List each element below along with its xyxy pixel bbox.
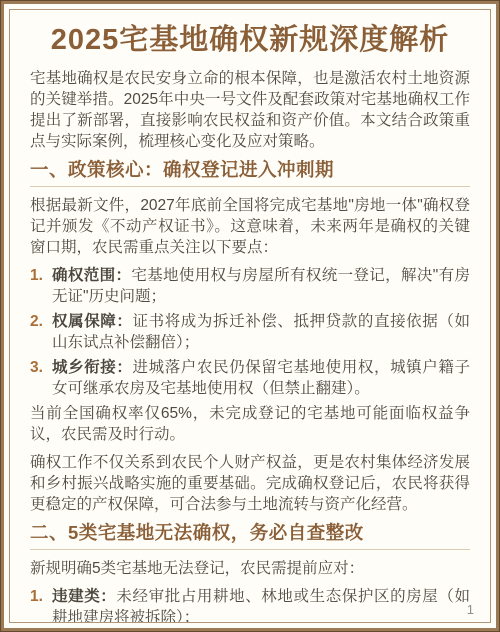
- list-item-number: 2.: [30, 311, 52, 353]
- list-item-term: 城乡衔接：: [52, 359, 133, 376]
- section-1-paragraph: 确权工作不仅关系到农民个人财产权益，更是农村集体经济发展和乡村振兴战略实施的重要…: [30, 452, 470, 515]
- list-item: 3. 城乡衔接：进城落户农民仍保留宅基地使用权，城镇户籍子女可继承农房及宅基地使…: [30, 357, 470, 399]
- section-1-lead-paragraph: 根据最新文件，2027年底前全国将完成宅基地"房地一体"确权登记并颁发《不动产权…: [30, 195, 470, 258]
- page-frame-outer: 2025宅基地确权新规深度解析 宅基地确权是农民安身立命的根本保障，也是激活农村…: [0, 0, 500, 632]
- list-item-number: 1.: [30, 586, 52, 623]
- section-1-heading: 一、政策核心：确权登记进入冲刺期: [30, 159, 470, 187]
- list-item-content: 违建类：未经审批占用耕地、林地或生态保护区的房屋（如耕地建房将被拆除）；: [52, 586, 470, 623]
- list-item-content: 确权范围：宅基地使用权与房屋所有权统一登记，解决"有房无证"历史问题；: [52, 265, 470, 307]
- list-item: 2. 权属保障：证书将成为拆迁补偿、抵押贷款的直接依据（如山东试点补偿翻倍）；: [30, 311, 470, 353]
- page-title: 2025宅基地确权新规深度解析: [30, 23, 470, 57]
- list-item-content: 权属保障：证书将成为拆迁补偿、抵押贷款的直接依据（如山东试点补偿翻倍）；: [52, 311, 470, 353]
- list-item: 1. 违建类：未经审批占用耕地、林地或生态保护区的房屋（如耕地建房将被拆除）；: [30, 586, 470, 623]
- document-page: 2025宅基地确权新规深度解析 宅基地确权是农民安身立命的根本保障，也是激活农村…: [9, 9, 491, 623]
- section-2-lead-paragraph: 新规明确5类宅基地无法登记，农民需提前应对：: [30, 558, 470, 579]
- list-item-number: 1.: [30, 265, 52, 307]
- section-1-numbered-list: 1. 确权范围：宅基地使用权与房屋所有权统一登记，解决"有房无证"历史问题； 2…: [30, 265, 470, 399]
- page-frame-mid: 2025宅基地确权新规深度解析 宅基地确权是农民安身立命的根本保障，也是激活农村…: [4, 4, 496, 628]
- page-number: 1: [467, 602, 474, 617]
- intro-paragraph: 宅基地确权是农民安身立命的根本保障，也是激活农村土地资源的关键举措。2025年中…: [30, 68, 470, 152]
- section-2-heading: 二、5类宅基地无法确权，务必自查整改: [30, 522, 470, 550]
- list-item: 1. 确权范围：宅基地使用权与房屋所有权统一登记，解决"有房无证"历史问题；: [30, 265, 470, 307]
- section-2-numbered-list: 1. 违建类：未经审批占用耕地、林地或生态保护区的房屋（如耕地建房将被拆除）；: [30, 586, 470, 623]
- list-item-term: 确权范围：: [52, 267, 131, 284]
- list-item-content: 城乡衔接：进城落户农民仍保留宅基地使用权，城镇户籍子女可继承农房及宅基地使用权（…: [52, 357, 470, 399]
- list-item-term: 违建类：: [52, 588, 116, 605]
- list-item-number: 3.: [30, 357, 52, 399]
- section-1-paragraph: 当前全国确权率仅65%，未完成登记的宅基地可能面临权益争议，农民需及时行动。: [30, 403, 470, 445]
- list-item-term: 权属保障：: [52, 313, 133, 330]
